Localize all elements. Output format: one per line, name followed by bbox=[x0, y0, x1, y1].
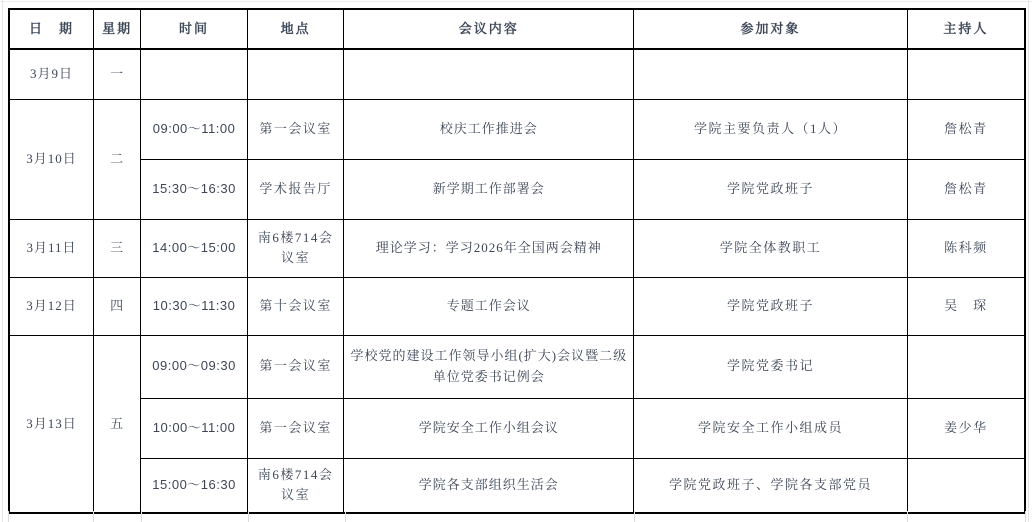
cell-weekday: 二 bbox=[93, 99, 140, 219]
cell-location: 第十会议室 bbox=[247, 277, 344, 335]
cell-time bbox=[141, 49, 248, 99]
cell-participants: 学院党政班子 bbox=[634, 159, 908, 219]
cell-date: 3月10日 bbox=[9, 99, 93, 219]
cell-host: 吴 琛 bbox=[907, 277, 1025, 335]
cell-participants: 学院安全工作小组成员 bbox=[634, 398, 908, 458]
cell-location: 南6楼714会议室 bbox=[247, 458, 344, 513]
cell-weekday: 五 bbox=[93, 335, 140, 513]
table-header-row: 日 期 星期 时间 地点 会议内容 参加对象 主持人 bbox=[9, 9, 1025, 49]
header-content: 会议内容 bbox=[344, 9, 634, 49]
header-date: 日 期 bbox=[9, 9, 93, 49]
cell-content: 专题工作会议 bbox=[344, 277, 634, 335]
schedule-row: 15:30～16:30 学术报告厅 新学期工作部署会 学院党政班子 詹松青 bbox=[9, 159, 1025, 219]
cell-content: 新学期工作部署会 bbox=[344, 159, 634, 219]
header-weekday: 星期 bbox=[93, 9, 140, 49]
header-participants: 参加对象 bbox=[634, 9, 908, 49]
schedule-row: 3月10日 二 09:00～11:00 第一会议室 校庆工作推进会 学院主要负责… bbox=[9, 99, 1025, 159]
schedule-row: 10:00～11:00 第一会议室 学院安全工作小组会议 学院安全工作小组成员 … bbox=[9, 398, 1025, 458]
cell-weekday: 一 bbox=[93, 49, 140, 99]
cell-participants: 学院主要负责人（1人） bbox=[634, 99, 908, 159]
cell-location: 第一会议室 bbox=[247, 398, 344, 458]
cell-content: 学院各支部组织生活会 bbox=[344, 458, 634, 513]
cell-host: 姜少华 bbox=[907, 398, 1025, 458]
header-host: 主持人 bbox=[907, 9, 1025, 49]
cell-participants bbox=[634, 49, 908, 99]
schedule-row: 3月12日 四 10:30～11:30 第十会议室 专题工作会议 学院党政班子 … bbox=[9, 277, 1025, 335]
cell-date: 3月13日 bbox=[9, 335, 93, 513]
cell-content: 校庆工作推进会 bbox=[344, 99, 634, 159]
header-time: 时间 bbox=[141, 9, 248, 49]
faint-gridline-left bbox=[2, 0, 3, 522]
cell-host: 詹松青 bbox=[907, 99, 1025, 159]
cell-content: 学院安全工作小组会议 bbox=[344, 398, 634, 458]
cell-location bbox=[247, 49, 344, 99]
cell-content: 学校党的建设工作领导小组(扩大)会议暨二级单位党委书记例会 bbox=[344, 335, 634, 398]
cell-date: 3月9日 bbox=[9, 49, 93, 99]
cell-host: 詹松青 bbox=[907, 159, 1025, 219]
cell-weekday: 三 bbox=[93, 219, 140, 277]
cell-location: 南6楼714会议室 bbox=[247, 219, 344, 277]
schedule-row: 15:00～16:30 南6楼714会议室 学院各支部组织生活会 学院党政班子、… bbox=[9, 458, 1025, 513]
schedule-row: 3月11日 三 14:00～15:00 南6楼714会议室 理论学习：学习202… bbox=[9, 219, 1025, 277]
cell-participants: 学院党政班子、学院各支部党员 bbox=[634, 458, 908, 513]
cell-participants: 学院党委书记 bbox=[634, 335, 908, 398]
cell-date: 3月12日 bbox=[9, 277, 93, 335]
cell-time: 10:00～11:00 bbox=[141, 398, 248, 458]
cell-time: 09:00～09:30 bbox=[141, 335, 248, 398]
cell-time: 10:30～11:30 bbox=[141, 277, 248, 335]
cell-host bbox=[907, 49, 1025, 99]
faint-gridline-right bbox=[1028, 0, 1029, 522]
cell-weekday: 四 bbox=[93, 277, 140, 335]
cell-location: 第一会议室 bbox=[247, 335, 344, 398]
cell-content bbox=[344, 49, 634, 99]
cell-content: 理论学习：学习2026年全国两会精神 bbox=[344, 219, 634, 277]
cell-participants: 学院全体教职工 bbox=[634, 219, 908, 277]
cell-time: 14:00～15:00 bbox=[141, 219, 248, 277]
cell-participants: 学院党政班子 bbox=[634, 277, 908, 335]
cell-time: 09:00～11:00 bbox=[141, 99, 248, 159]
cell-host bbox=[907, 458, 1025, 513]
faint-gridline-top bbox=[0, 1, 1032, 2]
header-location: 地点 bbox=[247, 9, 344, 49]
meeting-schedule-table: 日 期 星期 时间 地点 会议内容 参加对象 主持人 3月9日 一 3月10日 … bbox=[8, 8, 1026, 514]
cell-host bbox=[907, 335, 1025, 398]
cell-location: 学术报告厅 bbox=[247, 159, 344, 219]
cell-date: 3月11日 bbox=[9, 219, 93, 277]
faint-gridline-bottom-ticks bbox=[8, 511, 1026, 522]
cell-location: 第一会议室 bbox=[247, 99, 344, 159]
cell-time: 15:00～16:30 bbox=[141, 458, 248, 513]
schedule-row: 3月13日 五 09:00～09:30 第一会议室 学校党的建设工作领导小组(扩… bbox=[9, 335, 1025, 398]
spreadsheet-page: 日 期 星期 时间 地点 会议内容 参加对象 主持人 3月9日 一 3月10日 … bbox=[0, 0, 1032, 522]
schedule-row: 3月9日 一 bbox=[9, 49, 1025, 99]
cell-time: 15:30～16:30 bbox=[141, 159, 248, 219]
cell-host: 陈科频 bbox=[907, 219, 1025, 277]
